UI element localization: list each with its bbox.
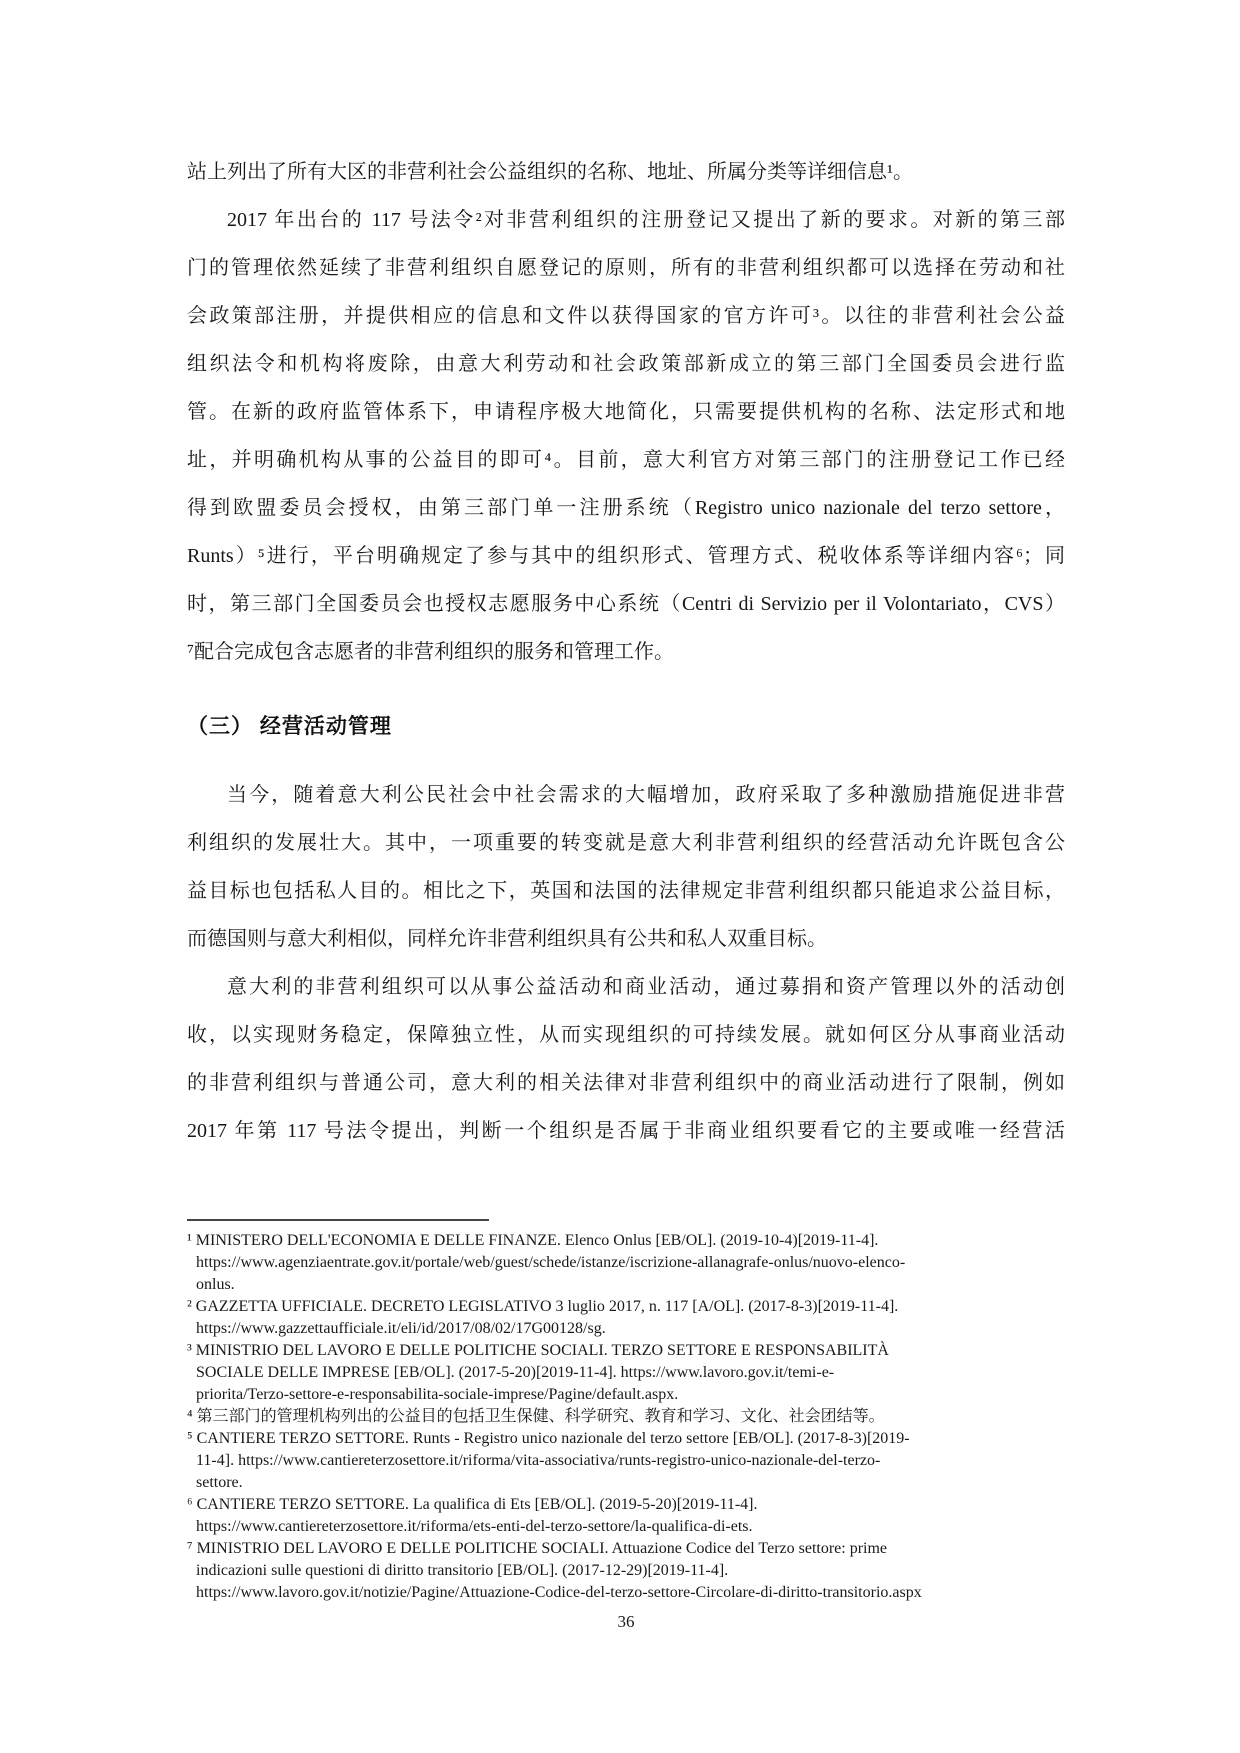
footnote-3: ³ MINISTRIO DEL LAVORO E DELLE POLITICHE… bbox=[187, 1340, 1065, 1406]
text-line: 门的管理依然延续了非营利组织自愿登记的原则，所有的非营利组织都可以选择在劳动和社 bbox=[187, 244, 1065, 292]
text-line: 而德国则与意大利相似，同样允许非营利组织具有公共和私人双重目标。 bbox=[187, 915, 1065, 963]
text-line: ² GAZZETTA UFFICIALE. DECRETO LEGISLATIV… bbox=[187, 1296, 1065, 1318]
page-number: 36 bbox=[187, 1610, 1065, 1634]
text-line: 益目标也包括私人目的。相比之下，英国和法国的法律规定非营利组织都只能追求公益目标… bbox=[187, 867, 1065, 915]
text-line: priorita/Terzo-settore-e-responsabilita-… bbox=[187, 1384, 1065, 1406]
text-line: indicazioni sulle questioni di diritto t… bbox=[187, 1560, 1065, 1582]
footnote-4: ⁴ 第三部门的管理机构列出的公益目的包括卫生保健、科学研究、教育和学习、文化、社… bbox=[187, 1406, 1065, 1428]
footnote-2: ² GAZZETTA UFFICIALE. DECRETO LEGISLATIV… bbox=[187, 1296, 1065, 1340]
text-line: 会政策部注册，并提供相应的信息和文件以获得国家的官方许可³。以往的非营利社会公益 bbox=[187, 292, 1065, 340]
text-line: ³ MINISTRIO DEL LAVORO E DELLE POLITICHE… bbox=[187, 1340, 1065, 1362]
text-line: 2017 年第 117 号法令提出，判断一个组织是否属于非商业组织要看它的主要或… bbox=[187, 1107, 1065, 1155]
text-line: 当今，随着意大利公民社会中社会需求的大幅增加，政府采取了多种激励措施促进非营 bbox=[187, 771, 1065, 819]
text-line: ⁷ MINISTRIO DEL LAVORO E DELLE POLITICHE… bbox=[187, 1538, 1065, 1560]
paragraph-region-list-continuation: 站上列出了所有大区的非营利社会公益组织的名称、地址、所属分类等详细信息¹。 bbox=[187, 148, 1065, 196]
text-line: https://www.gazzettaufficiale.it/eli/id/… bbox=[187, 1318, 1065, 1340]
text-line: 组织法令和机构将废除，由意大利劳动和社会政策部新成立的第三部门全国委员会进行监 bbox=[187, 340, 1065, 388]
section-heading: （三） 经营活动管理 bbox=[187, 712, 1065, 741]
text-line: https://www.cantiereterzosettore.it/rifo… bbox=[187, 1516, 1065, 1538]
paragraph-incentive-measures: 当今，随着意大利公民社会中社会需求的大幅增加，政府采取了多种激励措施促进非营利组… bbox=[187, 771, 1065, 963]
text-line: 11-4]. https://www.cantiereterzosettore.… bbox=[187, 1450, 1065, 1472]
text-line: 利组织的发展壮大。其中，一项重要的转变就是意大利非营利组织的经营活动允许既包含公 bbox=[187, 819, 1065, 867]
text-line: 的非营利组织与普通公司，意大利的相关法律对非营利组织中的商业活动进行了限制，例如 bbox=[187, 1059, 1065, 1107]
text-line: Runts）⁵进行，平台明确规定了参与其中的组织形式、管理方式、税收体系等详细内… bbox=[187, 532, 1065, 580]
text-line: ⁵ CANTIERE TERZO SETTORE. Runts - Regist… bbox=[187, 1428, 1065, 1450]
footnote-6: ⁶ CANTIERE TERZO SETTORE. La qualifica d… bbox=[187, 1494, 1065, 1538]
text-line: 站上列出了所有大区的非营利社会公益组织的名称、地址、所属分类等详细信息¹。 bbox=[187, 148, 1065, 196]
text-line: settore. bbox=[187, 1472, 1065, 1494]
text-line: 管。在新的政府监管体系下，申请程序极大地简化，只需要提供机构的名称、法定形式和地 bbox=[187, 388, 1065, 436]
text-line: 意大利的非营利组织可以从事公益活动和商业活动，通过募捐和资产管理以外的活动创 bbox=[187, 963, 1065, 1011]
text-line: ⁴ 第三部门的管理机构列出的公益目的包括卫生保健、科学研究、教育和学习、文化、社… bbox=[187, 1406, 1065, 1428]
text-line: https://www.lavoro.gov.it/notizie/Pagine… bbox=[187, 1582, 1065, 1604]
document-page: 站上列出了所有大区的非营利社会公益组织的名称、地址、所属分类等详细信息¹。 20… bbox=[0, 0, 1240, 1753]
text-line: 址，并明确机构从事的公益目的即可⁴。目前，意大利官方对第三部门的注册登记工作已经 bbox=[187, 436, 1065, 484]
page-content: 站上列出了所有大区的非营利社会公益组织的名称、地址、所属分类等详细信息¹。 20… bbox=[187, 148, 1065, 1634]
footnote-area: ¹ MINISTERO DELL'ECONOMIA E DELLE FINANZ… bbox=[187, 1219, 1065, 1604]
footnote-5: ⁵ CANTIERE TERZO SETTORE. Runts - Regist… bbox=[187, 1428, 1065, 1494]
text-line: https://www.agenziaentrate.gov.it/portal… bbox=[187, 1252, 1065, 1274]
text-line: onlus. bbox=[187, 1274, 1065, 1296]
text-line: 时，第三部门全国委员会也授权志愿服务中心系统（Centri di Servizi… bbox=[187, 580, 1065, 628]
footnote-list: ¹ MINISTERO DELL'ECONOMIA E DELLE FINANZ… bbox=[187, 1221, 1065, 1604]
text-line: 收，以实现财务稳定，保障独立性，从而实现组织的可持续发展。就如何区分从事商业活动 bbox=[187, 1011, 1065, 1059]
text-line: ⁷配合完成包含志愿者的非营利组织的服务和管理工作。 bbox=[187, 628, 1065, 676]
paragraph-commercial-activities: 意大利的非营利组织可以从事公益活动和商业活动，通过募捐和资产管理以外的活动创收，… bbox=[187, 963, 1065, 1155]
text-line: 2017 年出台的 117 号法令²对非营利组织的注册登记又提出了新的要求。对新… bbox=[187, 196, 1065, 244]
text-line: 得到欧盟委员会授权，由第三部门单一注册系统（Registro unico naz… bbox=[187, 484, 1065, 532]
footnote-1: ¹ MINISTERO DELL'ECONOMIA E DELLE FINANZ… bbox=[187, 1230, 1065, 1296]
paragraph-decree-117-registration: 2017 年出台的 117 号法令²对非营利组织的注册登记又提出了新的要求。对新… bbox=[187, 196, 1065, 676]
text-line: ⁶ CANTIERE TERZO SETTORE. La qualifica d… bbox=[187, 1494, 1065, 1516]
footnote-7: ⁷ MINISTRIO DEL LAVORO E DELLE POLITICHE… bbox=[187, 1538, 1065, 1604]
text-line: SOCIALE DELLE IMPRESE [EB/OL]. (2017-5-2… bbox=[187, 1362, 1065, 1384]
text-line: ¹ MINISTERO DELL'ECONOMIA E DELLE FINANZ… bbox=[187, 1230, 1065, 1252]
